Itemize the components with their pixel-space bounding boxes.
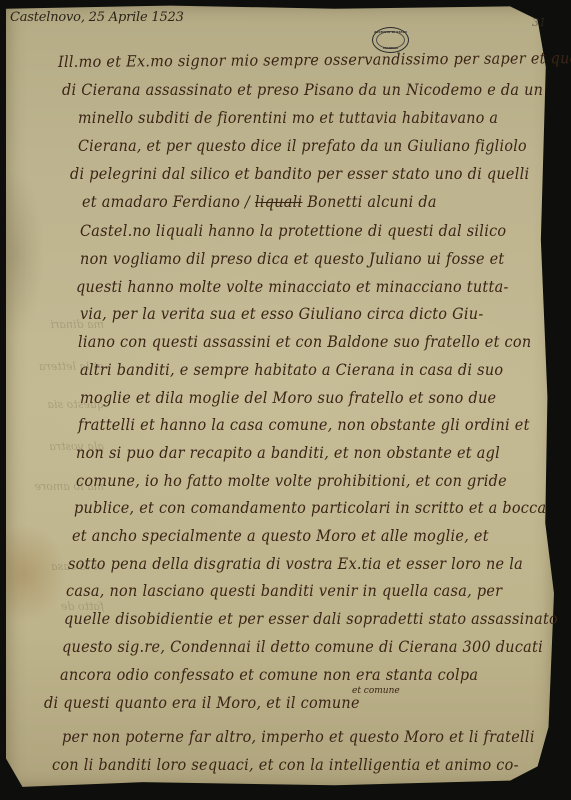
line-text: et amadaro Ferdiano / [82, 193, 255, 211]
manuscript-line: di pelegrini dal silico et bandito per e… [70, 165, 529, 183]
manuscript-line: et amadaro Ferdiano / liquali Bonetti al… [82, 193, 437, 211]
letter-body: Ill.mo et Ex.mo signor mio sempre osserv… [0, 0, 571, 800]
manuscript-line: non si puo dar recapito a banditi, et no… [76, 444, 500, 462]
manuscript-line: con li banditi loro sequaci, et con la i… [52, 756, 519, 774]
manuscript-line: quelle disobidientie et per esser dali s… [64, 610, 558, 628]
manuscript-line: di questi quanto era il Moro, et il comu… [44, 694, 360, 712]
manuscript-line: per non poterne far altro, imperho et qu… [62, 728, 535, 746]
manuscript-line: publice, et con comandamento particolari… [74, 499, 546, 517]
manuscript-line: questi hanno molte volte minacciato et m… [76, 278, 509, 296]
document-scan: ma dinari et la lettera questo sia ala v… [0, 0, 571, 800]
manuscript-line: Cierana, et per questo dice il prefato d… [78, 137, 527, 155]
manuscript-line: Castel.no liquali hanno la protettione d… [80, 222, 506, 240]
line-text: Bonetti alcuni da [302, 193, 436, 211]
manuscript-line: moglie et dila moglie del Moro suo frate… [80, 389, 496, 407]
manuscript-line: frattelli et hanno la casa comune, non o… [78, 416, 530, 434]
manuscript-line: questo sig.re, Condennai il detto comune… [62, 638, 543, 656]
manuscript-line: ancora odio confessato et comune non era… [60, 666, 478, 684]
manuscript-line: comune, io ho fatto molte volte prohibit… [76, 472, 507, 490]
manuscript-line: non vogliamo dil preso dica et questo Ju… [80, 250, 505, 268]
manuscript-line: minello subditi de fiorentini mo et tutt… [78, 109, 498, 127]
manuscript-line: et ancho specialmente a questo Moro et a… [72, 527, 489, 545]
manuscript-line: sotto pena della disgratia di vostra Ex.… [68, 555, 523, 573]
struck-word: liquali [255, 193, 303, 211]
manuscript-line: altri banditi, e sempre habitato a Ciera… [80, 361, 503, 379]
manuscript-line: casa, non lasciano questi banditi venir … [66, 582, 502, 600]
manuscript-line: via, per la verita sua et esso Giuliano … [80, 305, 483, 323]
manuscript-line: liano con questi assassini et con Baldon… [78, 333, 531, 351]
manuscript-line: di Cierana assassinato et preso Pisano d… [62, 81, 543, 99]
manuscript-line: Ill.mo et Ex.mo signor mio sempre osserv… [58, 48, 571, 71]
